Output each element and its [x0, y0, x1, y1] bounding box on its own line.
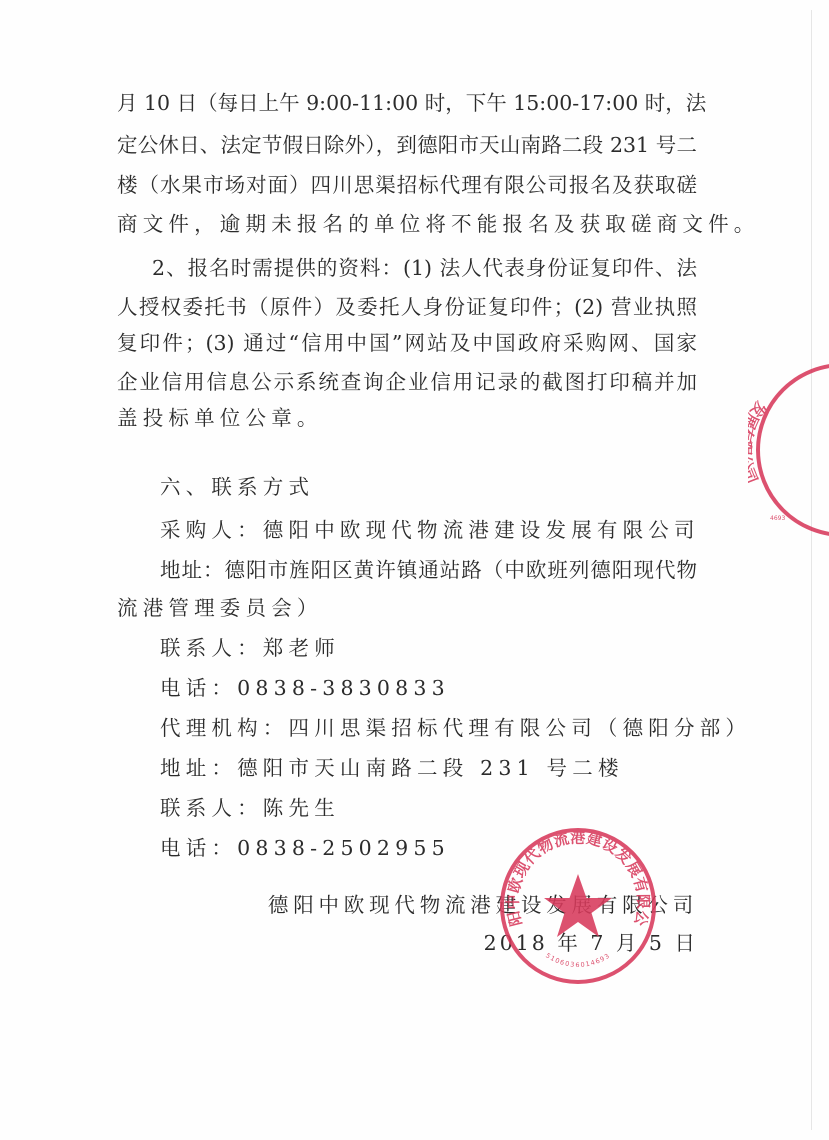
- materials-text-line-2: 人授权委托书（原件）及委托人身份证复印件；(2) 营业执照: [117, 293, 697, 321]
- agency-address: 地址：德阳市天山南路二段 231 号二楼: [160, 754, 624, 782]
- registration-text-line-4: 商文件，逾期未报名的单位将不能报名及获取磋商文件。: [117, 210, 760, 238]
- agency-phone: 电话：0838-2502955: [160, 834, 450, 862]
- materials-text-line-4: 企业信用信息公示系统查询企业信用记录的截图打印稿并加: [117, 368, 697, 396]
- section-heading-contact: 六、联系方式: [160, 473, 314, 501]
- materials-text-line-5: 盖投标单位公章。: [117, 404, 323, 432]
- registration-text-line-2: 定公休日、法定节假日除外），到德阳市天山南路二段 231 号二: [117, 131, 697, 159]
- page-edge-divider: [811, 10, 812, 1130]
- materials-text-line-3: 复印件；(3) 通过“信用中国”网站及中国政府采购网、国家: [117, 329, 697, 357]
- agency-contact: 联系人：陈先生: [160, 794, 340, 822]
- registration-text-line-3: 楼（水果市场对面）四川思渠招标代理有限公司报名及获取磋: [117, 171, 697, 199]
- agency-name: 代理机构：四川思渠招标代理有限公司（德阳分部）: [160, 714, 751, 742]
- document-page: 月 10 日（每日上午 9:00-11:00 时，下午 15:00-17:00 …: [0, 0, 829, 1140]
- purchaser-phone: 电话：0838-3830833: [160, 674, 450, 702]
- edge-seal-icon: 发展有限公司 4693: [748, 360, 829, 540]
- materials-text-line-1: 2、报名时需提供的资料：(1) 法人代表身份证复印件、法: [152, 254, 697, 282]
- signature-date: 2018 年 7 月 5 日: [484, 929, 698, 957]
- purchaser-contact: 联系人：郑老师: [160, 634, 340, 662]
- purchaser-address-line-2: 流港管理委员会）: [117, 594, 323, 622]
- signature-organization: 德阳中欧现代物流港建设发展有限公司: [268, 891, 698, 919]
- svg-text:4693: 4693: [770, 515, 785, 522]
- svg-text:发展有限公司: 发展有限公司: [748, 397, 770, 486]
- registration-text-line-1: 月 10 日（每日上午 9:00-11:00 时，下午 15:00-17:00 …: [117, 89, 697, 117]
- purchaser-address-line-1: 地址：德阳市旌阳区黄许镇通站路（中欧班列德阳现代物: [160, 556, 697, 584]
- purchaser-name: 采购人：德阳中欧现代物流港建设发展有限公司: [160, 516, 700, 544]
